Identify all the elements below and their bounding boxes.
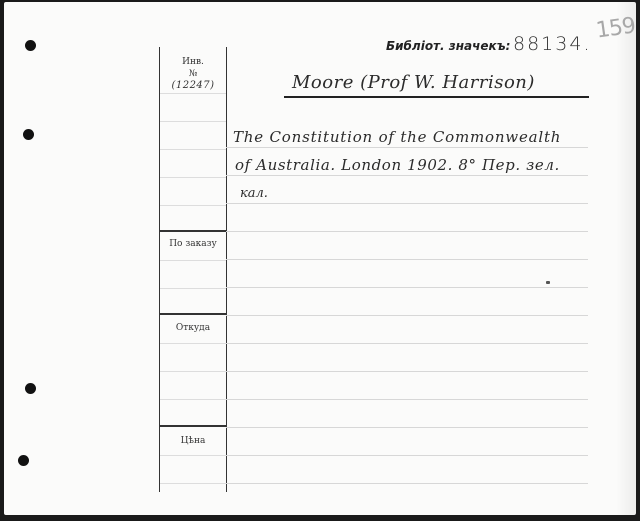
punch-hole-icon [18,455,29,466]
catalog-card: Библіот. значекъ: 88134. 159 Инв. № (122… [4,2,636,515]
ruled-line [226,231,588,232]
title-line-1: The Constitution of the Commonwealth [233,128,561,146]
column-rule [160,205,226,206]
column-rule [160,288,226,289]
ruled-line [226,287,588,288]
column-rule [160,93,226,94]
ruled-line [226,175,588,176]
shelfmark-label: Библіот. значекъ: [386,39,510,53]
ruled-line [226,343,588,344]
column-rule [160,177,226,178]
column-rule [160,149,226,150]
column-rule [160,371,226,372]
inventory-number: (12247) [160,80,226,91]
author-underline [284,96,589,98]
column-rule [160,483,226,484]
section-divider [160,230,226,232]
ruled-line [226,203,588,204]
left-info-column: Инв. № (12247) По заказу Откуда Цѣна [159,47,227,492]
order-label: По заказу [160,239,226,249]
price-label: Цѣна [160,436,226,446]
title-line-3: кал. [240,186,268,201]
section-divider [160,425,226,427]
ruled-line [226,371,588,372]
column-rule [160,260,226,261]
column-rule [160,121,226,122]
ink-speck [546,281,550,284]
ruled-line [226,259,588,260]
ruled-line [226,427,588,428]
punch-hole-icon [25,383,36,394]
inventory-number-sign: № [160,69,226,79]
punch-hole-icon [25,40,36,51]
ruled-line [226,399,588,400]
title-line-2: of Australia. London 1902. 8° Пер. зел. [235,156,560,174]
section-divider [160,313,226,315]
inventory-label: Инв. [160,57,226,67]
ruled-line [226,455,588,456]
source-label: Откуда [160,323,226,333]
column-rule [160,399,226,400]
ruled-line [226,147,588,148]
column-rule [160,455,226,456]
shelfmark-value: 88134. [513,33,591,55]
punch-hole-icon [23,129,34,140]
ruled-line [226,483,588,484]
ruled-line [226,315,588,316]
column-rule [160,343,226,344]
card-edge-shadow [616,2,636,515]
author-heading: Moore (Prof W. Harrison) [292,72,535,93]
